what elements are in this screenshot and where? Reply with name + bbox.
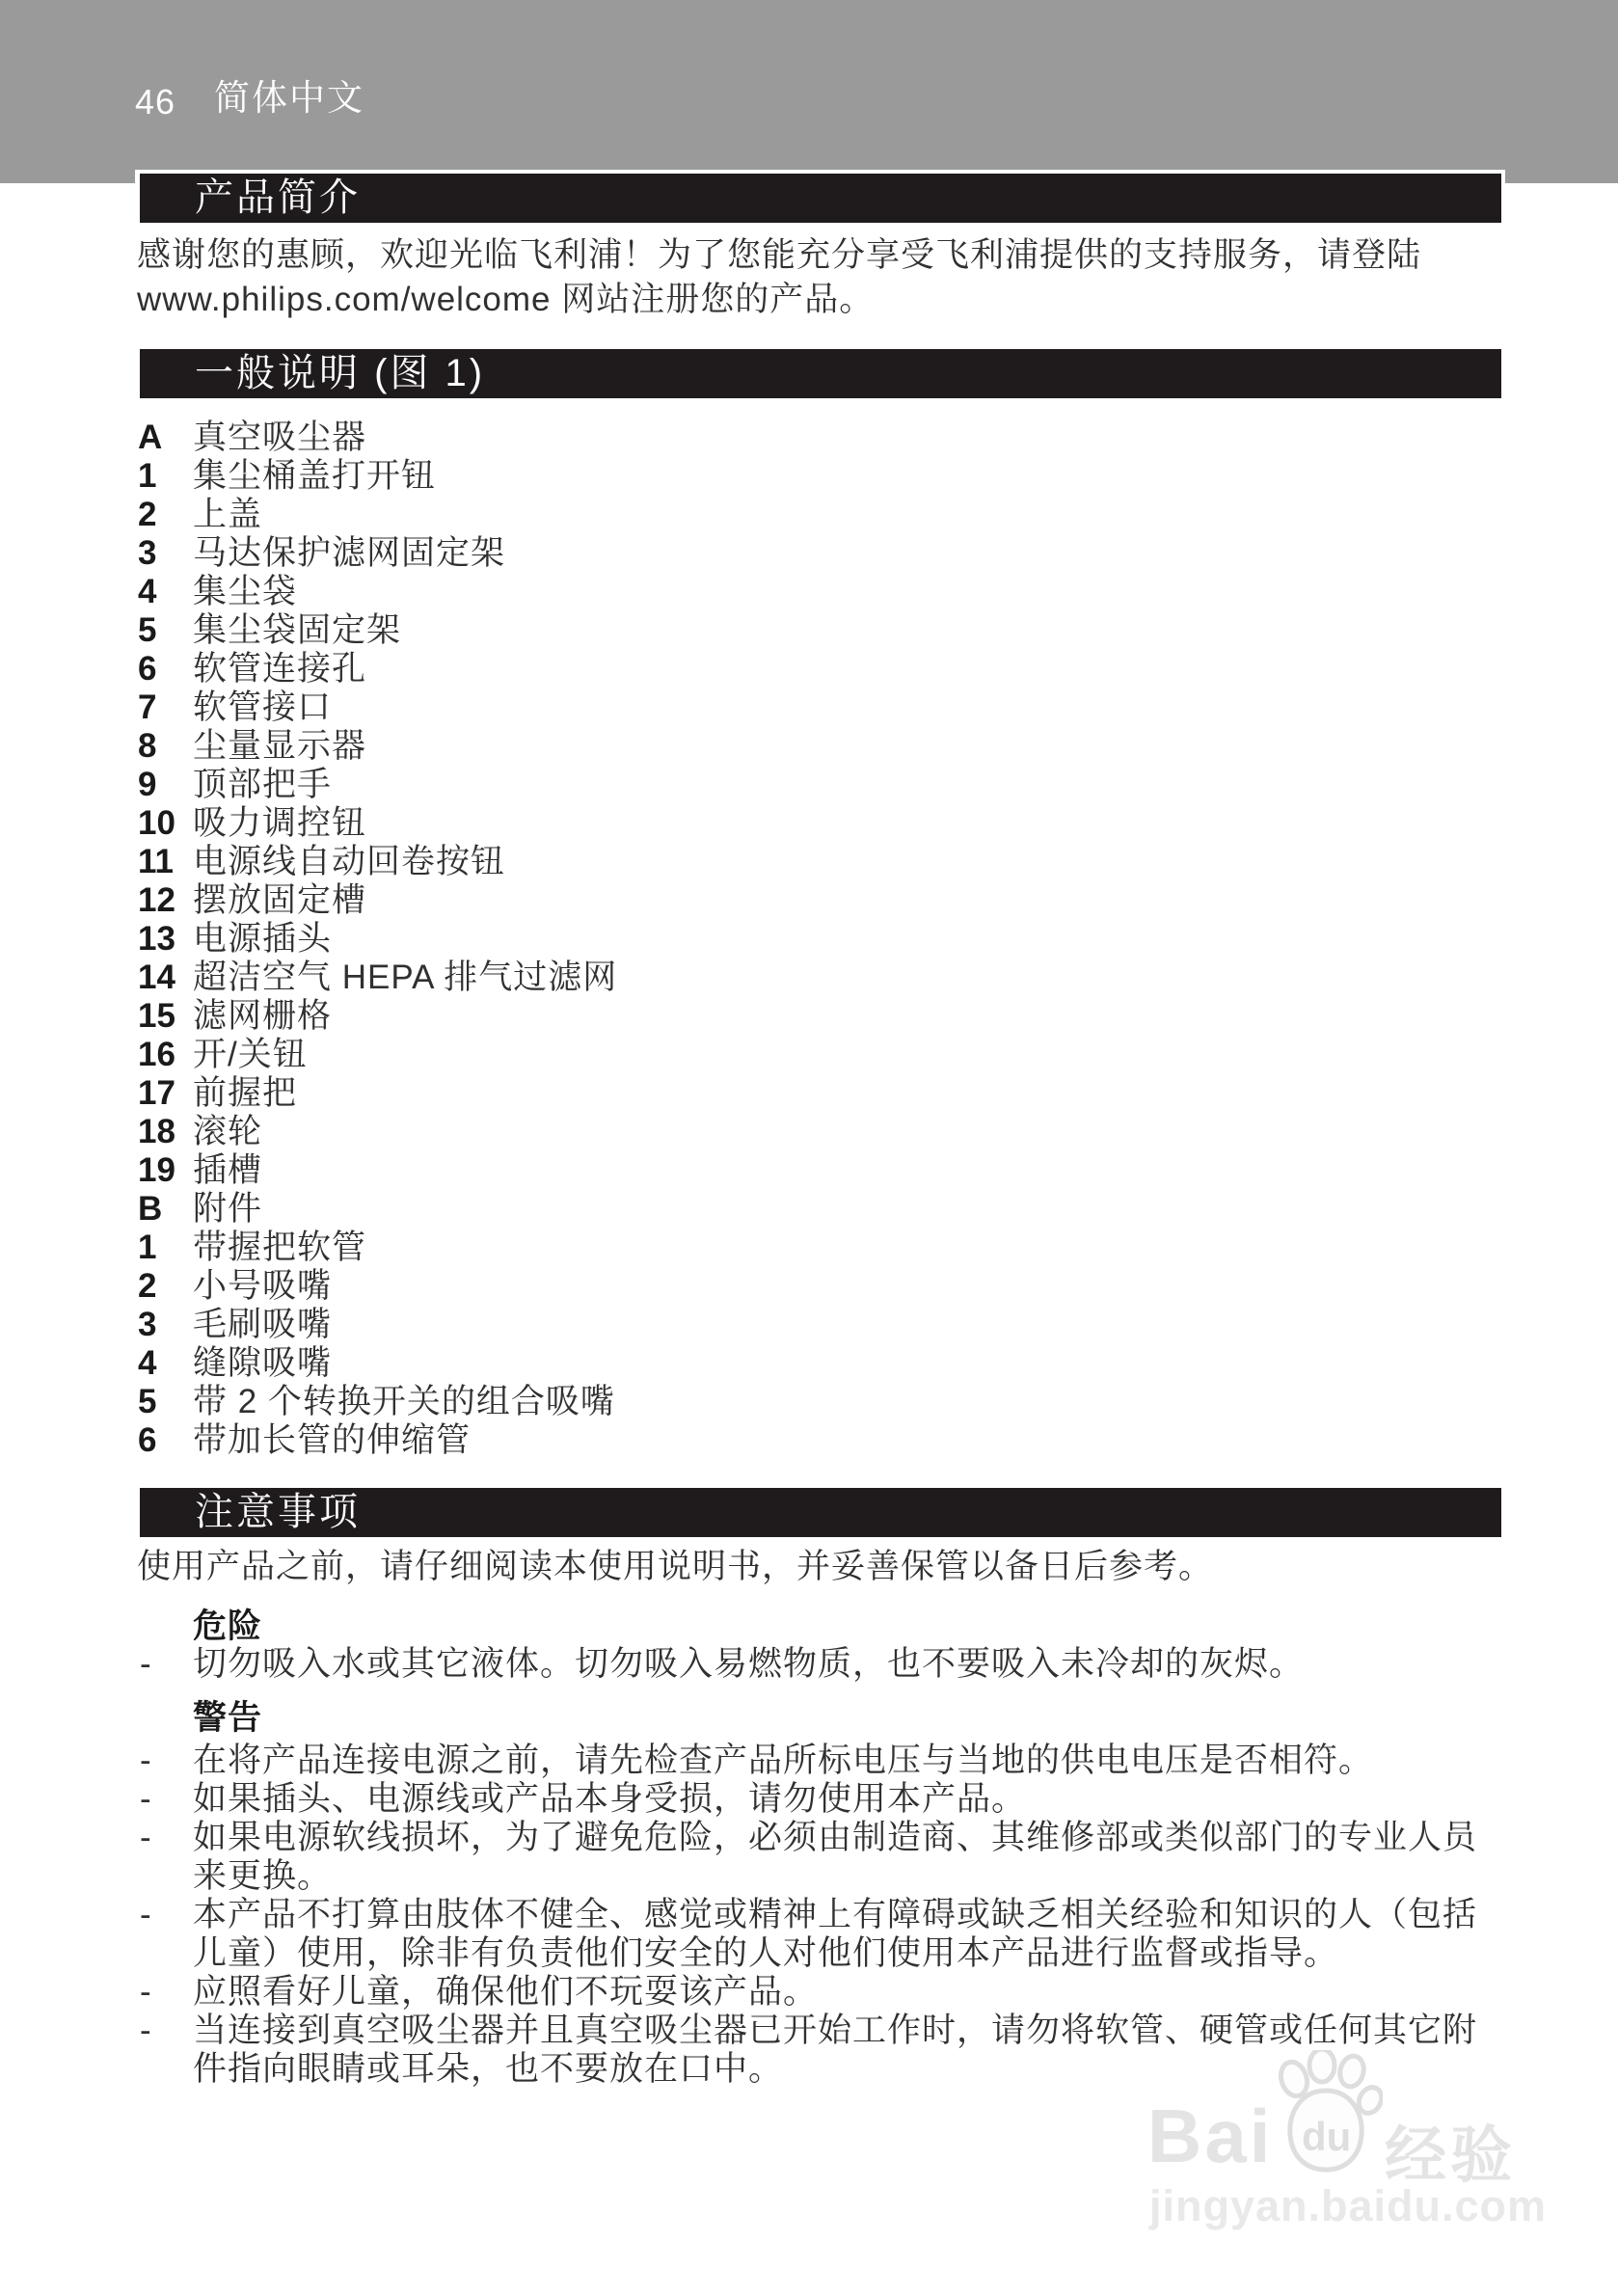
part-index: 12 xyxy=(138,881,193,920)
warning-heading: 警告 xyxy=(193,1699,262,1738)
part-label: 软管接口 xyxy=(193,689,332,727)
part-index: 19 xyxy=(138,1151,193,1190)
bullet-text: 如果电源软线损坏，为了避免危险，必须由制造商、其维修部或类似部门的专业人员 xyxy=(193,1819,1477,1857)
parts-list-item: 7 软管接口 xyxy=(138,689,617,727)
part-index: 8 xyxy=(138,727,193,766)
part-label: 带握把软管 xyxy=(193,1229,366,1267)
part-index: 10 xyxy=(138,804,193,843)
manual-page: 46 简体中文 产品简介 感谢您的惠顾，欢迎光临飞利浦！为了您能充分享受飞利浦提… xyxy=(0,0,1618,2296)
notice-paragraph: 使用产品之前，请仔细阅读本使用说明书，并妥善保管以备日后参考。 xyxy=(137,1545,1213,1589)
warning-bullet-line: 儿童）使用，除非有负责他们安全的人对他们使用本产品进行监督或指导。 xyxy=(140,1934,1477,1973)
section-bar-general-description: 一般说明 (图 1) xyxy=(135,345,1505,398)
danger-bullet-line: - 切勿吸入水或其它液体。切勿吸入易燃物质，也不要吸入未冷却的灰烬。 xyxy=(140,1645,1304,1684)
part-index: 15 xyxy=(138,997,193,1036)
bullet-dash: - xyxy=(140,2012,193,2050)
part-index: 4 xyxy=(138,573,193,611)
bullet-text: 如果插头、电源线或产品本身受损，请勿使用本产品。 xyxy=(193,1780,1026,1819)
watermark-du-text: du xyxy=(1302,2114,1351,2159)
parts-list-item: A 真空吸尘器 xyxy=(138,419,617,457)
parts-list-item: 6 带加长管的伸缩管 xyxy=(138,1421,617,1460)
part-index: 17 xyxy=(138,1074,193,1113)
warning-bullet-line: - 本产品不打算由肢体不健全、感觉或精神上有障碍或缺乏相关经验和知识的人（包括 xyxy=(140,1896,1477,1934)
bullet-text: 当连接到真空吸尘器并且真空吸尘器已开始工作时，请勿将软管、硬管或任何其它附 xyxy=(193,2012,1477,2050)
parts-list-item: 1 集尘桶盖打开钮 xyxy=(138,457,617,496)
warning-bullet-list: - 在将产品连接电源之前，请先检查产品所标电压与当地的供电电压是否相符。 - 如… xyxy=(140,1742,1477,2089)
warning-bullet-line: - 当连接到真空吸尘器并且真空吸尘器已开始工作时，请勿将软管、硬管或任何其它附 xyxy=(140,2012,1477,2050)
part-index: 18 xyxy=(138,1113,193,1151)
bullet-text: 应照看好儿童，确保他们不玩耍该产品。 xyxy=(193,1973,818,2012)
parts-list-item: 12 摆放固定槽 xyxy=(138,881,617,920)
page-header-band: 46 简体中文 xyxy=(0,0,1618,183)
bullet-dash: - xyxy=(140,1645,193,1684)
parts-list-item: 18 滚轮 xyxy=(138,1113,617,1151)
part-index: A xyxy=(138,419,193,457)
part-index: 11 xyxy=(138,843,193,881)
part-index: 1 xyxy=(138,457,193,496)
warning-bullet-line: - 在将产品连接电源之前，请先检查产品所标电压与当地的供电电压是否相符。 xyxy=(140,1742,1477,1780)
parts-list: A 真空吸尘器 1 集尘桶盖打开钮 2 上盖 3 马达保护滤网固定架 4 集尘袋 xyxy=(138,419,617,1460)
part-label: 尘量显示器 xyxy=(193,727,366,766)
part-index: 5 xyxy=(138,1383,193,1421)
part-index: 7 xyxy=(138,689,193,727)
part-index: 9 xyxy=(138,766,193,804)
section-bar-notice: 注意事项 xyxy=(135,1484,1505,1537)
part-index: 6 xyxy=(138,1421,193,1460)
part-index: B xyxy=(138,1190,193,1229)
parts-list-item: 15 滤网栅格 xyxy=(138,997,617,1036)
part-label: 电源线自动回卷按钮 xyxy=(193,843,505,881)
part-label: 集尘袋固定架 xyxy=(193,611,401,650)
bullet-text: 在将产品连接电源之前，请先检查产品所标电压与当地的供电电压是否相符。 xyxy=(193,1742,1373,1780)
parts-list-item: 14 超洁空气 HEPA 排气过滤网 xyxy=(138,959,617,997)
parts-list-item: 5 带 2 个转换开关的组合吸嘴 xyxy=(138,1383,617,1421)
part-label: 摆放固定槽 xyxy=(193,881,366,920)
parts-list-item: 1 带握把软管 xyxy=(138,1229,617,1267)
part-index: 3 xyxy=(138,534,193,573)
bullet-dash: - xyxy=(140,1819,193,1857)
parts-list-item: 4 集尘袋 xyxy=(138,573,617,611)
part-index: 1 xyxy=(138,1229,193,1267)
part-label: 电源插头 xyxy=(193,920,332,959)
bullet-text: 切勿吸入水或其它液体。切勿吸入易燃物质，也不要吸入未冷却的灰烬。 xyxy=(193,1645,1304,1684)
part-label: 小号吸嘴 xyxy=(193,1267,332,1306)
bullet-text: 件指向眼睛或耳朵，也不要放在口中。 xyxy=(193,2050,783,2089)
section-title-notice: 注意事项 xyxy=(140,1488,1501,1537)
warning-bullet-line: - 如果插头、电源线或产品本身受损，请勿使用本产品。 xyxy=(140,1780,1477,1819)
danger-heading: 危险 xyxy=(193,1607,262,1646)
bullet-dash xyxy=(140,1857,193,1896)
part-label: 带 2 个转换开关的组合吸嘴 xyxy=(193,1383,615,1421)
part-label: 缝隙吸嘴 xyxy=(193,1344,332,1383)
parts-list-item: 3 马达保护滤网固定架 xyxy=(138,534,617,573)
part-label: 附件 xyxy=(193,1190,262,1229)
part-label: 集尘袋 xyxy=(193,573,297,611)
part-label: 吸力调控钮 xyxy=(193,804,366,843)
part-index: 2 xyxy=(138,496,193,534)
section-bar-product-intro: 产品简介 xyxy=(135,170,1505,223)
parts-list-item: 11 电源线自动回卷按钮 xyxy=(138,843,617,881)
parts-list-item: 4 缝隙吸嘴 xyxy=(138,1344,617,1383)
bullet-dash: - xyxy=(140,1973,193,2012)
part-index: 5 xyxy=(138,611,193,650)
parts-list-item: 13 电源插头 xyxy=(138,920,617,959)
part-index: 16 xyxy=(138,1036,193,1074)
part-index: 13 xyxy=(138,920,193,959)
warning-bullet-line: - 应照看好儿童，确保他们不玩耍该产品。 xyxy=(140,1973,1477,2012)
part-label: 集尘桶盖打开钮 xyxy=(193,457,436,496)
parts-list-item: 5 集尘袋固定架 xyxy=(138,611,617,650)
baidu-jingyan-watermark: Bai du 经验 jingyan.baidu.com xyxy=(1147,2050,1525,2239)
parts-list-item: 2 上盖 xyxy=(138,496,617,534)
parts-list-item: 19 插槽 xyxy=(138,1151,617,1190)
bullet-text: 儿童）使用，除非有负责他们安全的人对他们使用本产品进行监督或指导。 xyxy=(193,1934,1338,1973)
bullet-text: 来更换。 xyxy=(193,1857,332,1896)
part-label: 带加长管的伸缩管 xyxy=(193,1421,471,1460)
part-label: 开/关钮 xyxy=(193,1036,308,1074)
page-number: 46 xyxy=(135,83,175,122)
bullet-dash: - xyxy=(140,1896,193,1934)
parts-list-item: 17 前握把 xyxy=(138,1074,617,1113)
parts-list-item: 2 小号吸嘴 xyxy=(138,1267,617,1306)
part-label: 滚轮 xyxy=(193,1113,262,1151)
part-index: 2 xyxy=(138,1267,193,1306)
parts-list-item: 9 顶部把手 xyxy=(138,766,617,804)
part-index: 6 xyxy=(138,650,193,689)
intro-line-2: www.philips.com/welcome 网站注册您的产品。 xyxy=(137,278,1421,322)
part-label: 前握把 xyxy=(193,1074,297,1113)
part-label: 超洁空气 HEPA 排气过滤网 xyxy=(193,959,617,997)
warning-bullet-line: - 如果电源软线损坏，为了避免危险，必须由制造商、其维修部或类似部门的专业人员 xyxy=(140,1819,1477,1857)
part-index: 3 xyxy=(138,1306,193,1344)
parts-list-item: B 附件 xyxy=(138,1190,617,1229)
part-index: 4 xyxy=(138,1344,193,1383)
watermark-bai-text: Bai xyxy=(1147,2093,1273,2180)
section-title-general-description: 一般说明 (图 1) xyxy=(140,349,1501,398)
part-label: 软管连接孔 xyxy=(193,650,366,689)
watermark-url-text: jingyan.baidu.com xyxy=(1149,2181,1547,2231)
warning-bullet-line: 来更换。 xyxy=(140,1857,1477,1896)
language-label: 简体中文 xyxy=(214,79,364,118)
parts-list-item: 3 毛刷吸嘴 xyxy=(138,1306,617,1344)
part-label: 滤网栅格 xyxy=(193,997,332,1036)
bullet-dash: - xyxy=(140,1742,193,1780)
baidu-paw-icon: du xyxy=(1269,2050,1383,2177)
bullet-dash xyxy=(140,2050,193,2089)
parts-list-item: 16 开/关钮 xyxy=(138,1036,617,1074)
parts-list-item: 10 吸力调控钮 xyxy=(138,804,617,843)
intro-line-1: 感谢您的惠顾，欢迎光临飞利浦！为了您能充分享受飞利浦提供的支持服务，请登陆 xyxy=(137,233,1421,278)
section-title-product-intro: 产品简介 xyxy=(140,174,1501,223)
part-label: 插槽 xyxy=(193,1151,262,1190)
part-label: 真空吸尘器 xyxy=(193,419,366,457)
intro-paragraph: 感谢您的惠顾，欢迎光临飞利浦！为了您能充分享受飞利浦提供的支持服务，请登陆 ww… xyxy=(137,233,1421,322)
part-label: 毛刷吸嘴 xyxy=(193,1306,332,1344)
parts-list-item: 8 尘量显示器 xyxy=(138,727,617,766)
parts-list-item: 6 软管连接孔 xyxy=(138,650,617,689)
part-label: 上盖 xyxy=(193,496,262,534)
bullet-dash: - xyxy=(140,1780,193,1819)
danger-bullet-list: - 切勿吸入水或其它液体。切勿吸入易燃物质，也不要吸入未冷却的灰烬。 xyxy=(140,1645,1304,1684)
bullet-dash xyxy=(140,1934,193,1973)
part-label: 顶部把手 xyxy=(193,766,332,804)
part-index: 14 xyxy=(138,959,193,997)
part-label: 马达保护滤网固定架 xyxy=(193,534,505,573)
bullet-text: 本产品不打算由肢体不健全、感觉或精神上有障碍或缺乏相关经验和知识的人（包括 xyxy=(193,1896,1477,1934)
